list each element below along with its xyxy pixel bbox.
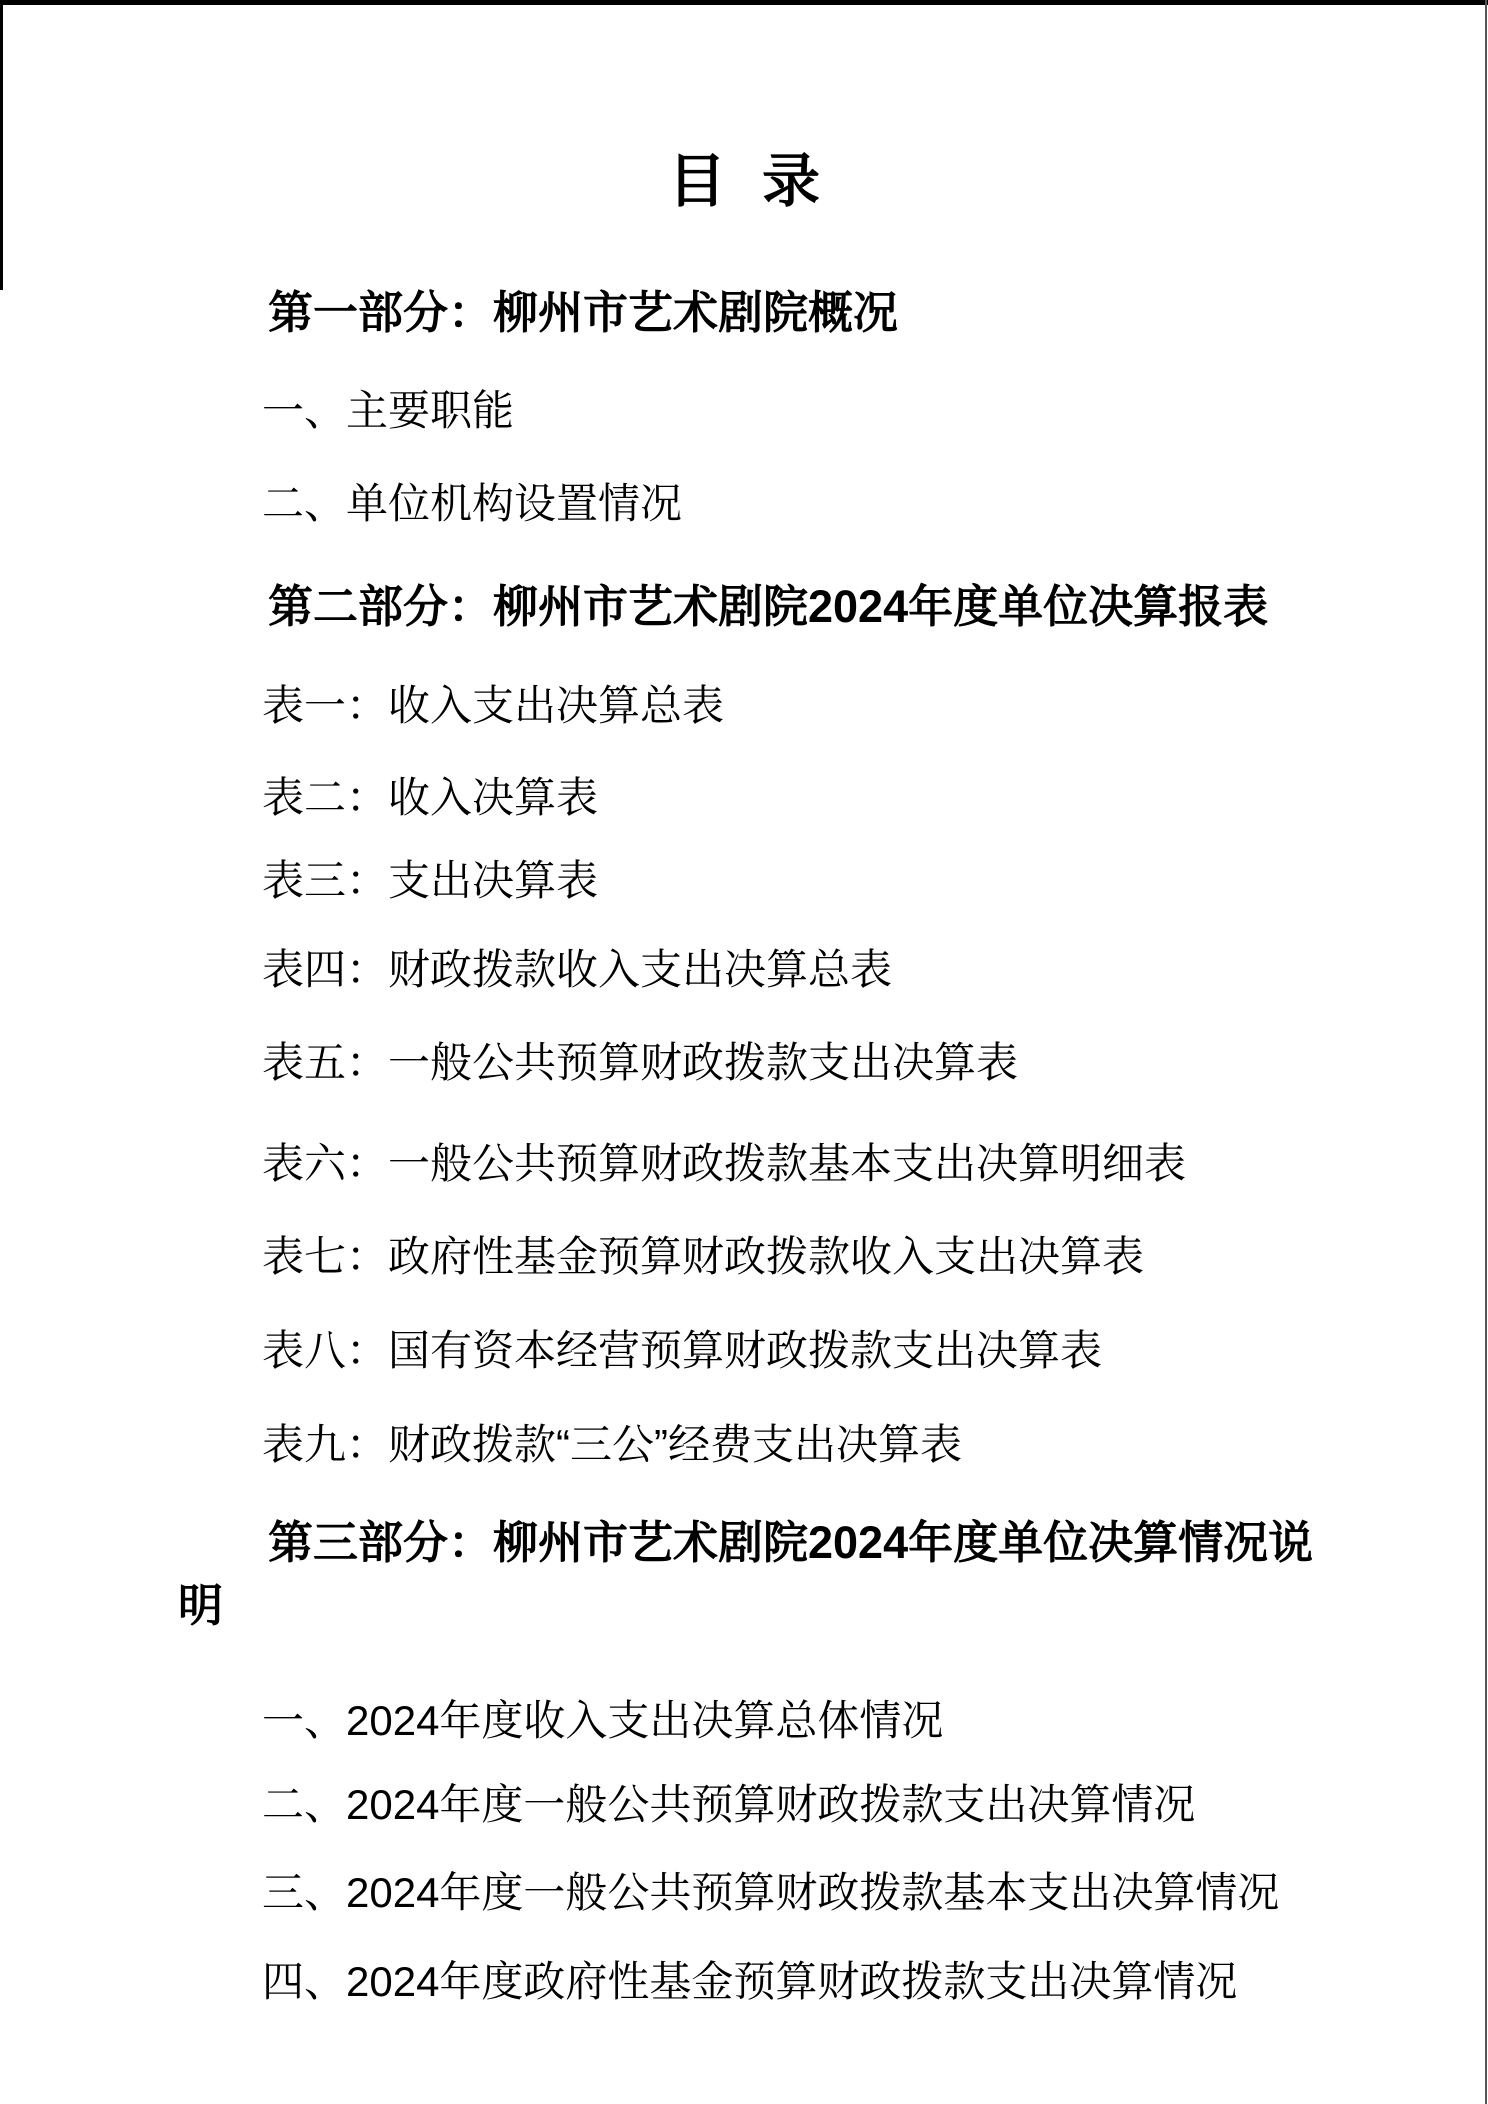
item-table-8: 表八：国有资本经营预算财政拨款支出决算表 [178, 1319, 1338, 1382]
item-main-functions: 一、主要职能 [178, 379, 1338, 442]
item-table-2: 表二：收入决算表 [178, 766, 1338, 829]
item-table-9: 表九：财政拨款“三公”经费支出决算表 [178, 1413, 1338, 1476]
right-edge-line [1485, 0, 1487, 2104]
item-note-3: 三、2024年度一般公共预算财政拨款基本支出决算情况 [178, 1861, 1338, 1924]
part3-heading: 第三部分：柳州市艺术剧院2024年度单位决算情况说明 [178, 1511, 1338, 1637]
item-table-3: 表三：支出决算表 [178, 849, 1338, 912]
item-table-6: 表六：一般公共预算财政拨款基本支出决算明细表 [178, 1132, 1338, 1195]
item-note-2: 二、2024年度一般公共预算财政拨款支出决算情况 [178, 1773, 1338, 1836]
item-table-5: 表五：一般公共预算财政拨款支出决算表 [178, 1031, 1338, 1094]
page-title: 目 录 [0, 152, 1488, 212]
item-table-4: 表四：财政拨款收入支出决算总表 [178, 938, 1338, 1001]
top-border-bar [0, 0, 1488, 5]
part1-heading: 第一部分：柳州市艺术剧院概况 [178, 281, 1338, 344]
part2-heading: 第二部分：柳州市艺术剧院2024年度单位决算报表 [178, 575, 1338, 638]
item-table-1: 表一：收入支出决算总表 [178, 674, 1338, 737]
item-note-4: 四、2024年度政府性基金预算财政拨款支出决算情况 [178, 1950, 1338, 2013]
document-page: 目 录 第一部分：柳州市艺术剧院概况 一、主要职能 二、单位机构设置情况 第二部… [0, 0, 1488, 2104]
item-table-7: 表七：政府性基金预算财政拨款收入支出决算表 [178, 1225, 1338, 1288]
item-org-structure: 二、单位机构设置情况 [178, 472, 1338, 535]
left-edge-line [0, 0, 3, 290]
item-note-1: 一、2024年度收入支出决算总体情况 [178, 1689, 1338, 1752]
